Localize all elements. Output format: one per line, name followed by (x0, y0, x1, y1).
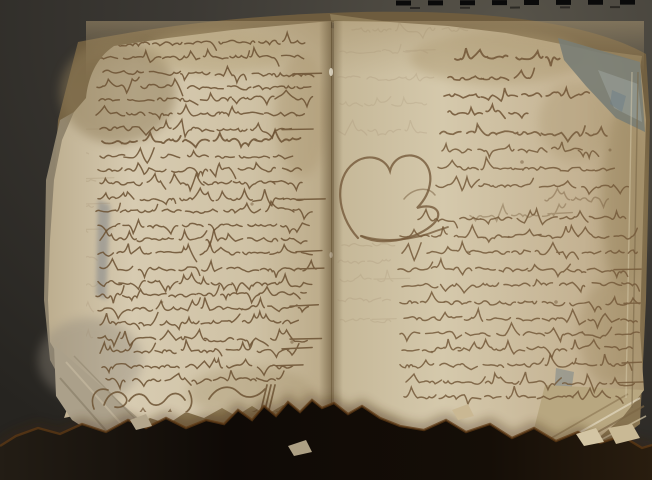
book-gutter (319, 20, 343, 412)
manuscript-scene (0, 0, 652, 480)
manuscript-photo: Mariage fait (0, 0, 652, 480)
left-page-top-stain (145, 30, 285, 74)
left-page (38, 21, 331, 452)
sewing-station-2 (329, 252, 332, 258)
sewing-station (329, 68, 333, 76)
